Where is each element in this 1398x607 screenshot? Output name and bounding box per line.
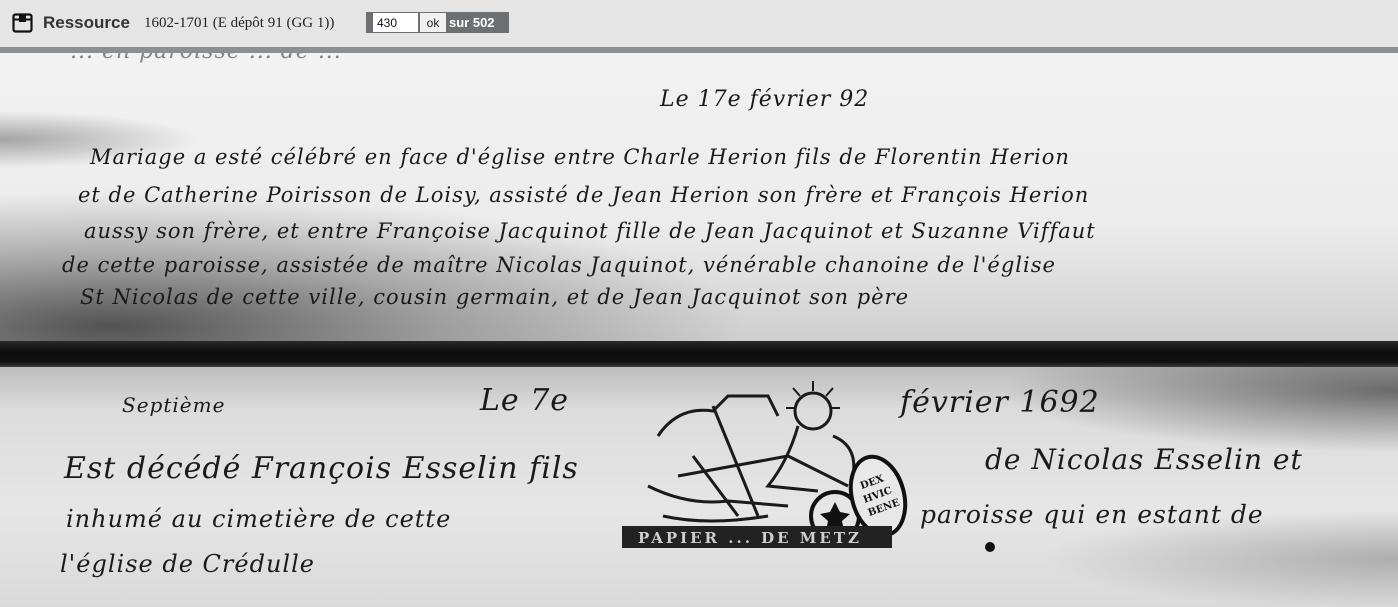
go-to-page-button[interactable]: ok — [420, 13, 446, 32]
ink-dot — [985, 542, 995, 552]
handwriting-date-heading: Le 17e février 92 — [660, 87, 869, 112]
handwriting-line: aussy son frère, et entre Françoise Jacq… — [84, 219, 1096, 243]
scan-upper-page: ... en paroisse ... de ... Le 17e févrie… — [0, 53, 1398, 341]
handwriting-line: de Nicolas Esselin et — [985, 443, 1303, 476]
handwriting-line: Mariage a esté célébré en face d'église … — [90, 145, 1070, 169]
handwriting-line: l'église de Crédulle — [60, 550, 315, 578]
document-viewer[interactable]: ... en paroisse ... de ... Le 17e févrie… — [0, 53, 1398, 607]
handwriting-line: et de Catherine Poirisson de Loisy, assi… — [78, 183, 1089, 207]
handwriting-cut-line: ... en paroisse ... de ... — [70, 53, 342, 64]
handwriting-line: St Nicolas de cette ville, cousin germai… — [80, 285, 909, 309]
handwriting-line: de cette paroisse, assistée de maître Ni… — [62, 253, 1056, 277]
resource-subtitle: 1602-1701 (E dépôt 91 (GG 1)) — [144, 15, 334, 32]
page-total-label: sur 502 — [449, 15, 495, 30]
handwriting-line: paroisse qui en estant de — [920, 500, 1264, 529]
handwriting-line: inhumé au cimetière de cette — [66, 505, 451, 533]
svg-text:PAPIER ... DE METZ: PAPIER ... DE METZ — [638, 529, 862, 547]
handwriting-line: Est décédé François Esselin fils — [64, 451, 579, 486]
archive-box-icon — [12, 12, 33, 33]
resource-header: Ressource 1602-1701 (E dépôt 91 (GG 1)) … — [0, 0, 1398, 47]
page-navigator: ok sur 502 — [366, 12, 509, 33]
page-fold-shadow — [0, 341, 1398, 367]
paper-tax-stamp-icon: DEX HVIC BENE PAPIER ... DE METZ — [618, 366, 908, 551]
page-number-input[interactable] — [373, 13, 418, 32]
handwriting-margin-note: Septième — [122, 393, 225, 417]
handwriting-date-right: février 1692 — [900, 385, 1100, 420]
page-title: Ressource — [43, 13, 130, 33]
handwriting-date-left: Le 7e — [480, 383, 569, 418]
